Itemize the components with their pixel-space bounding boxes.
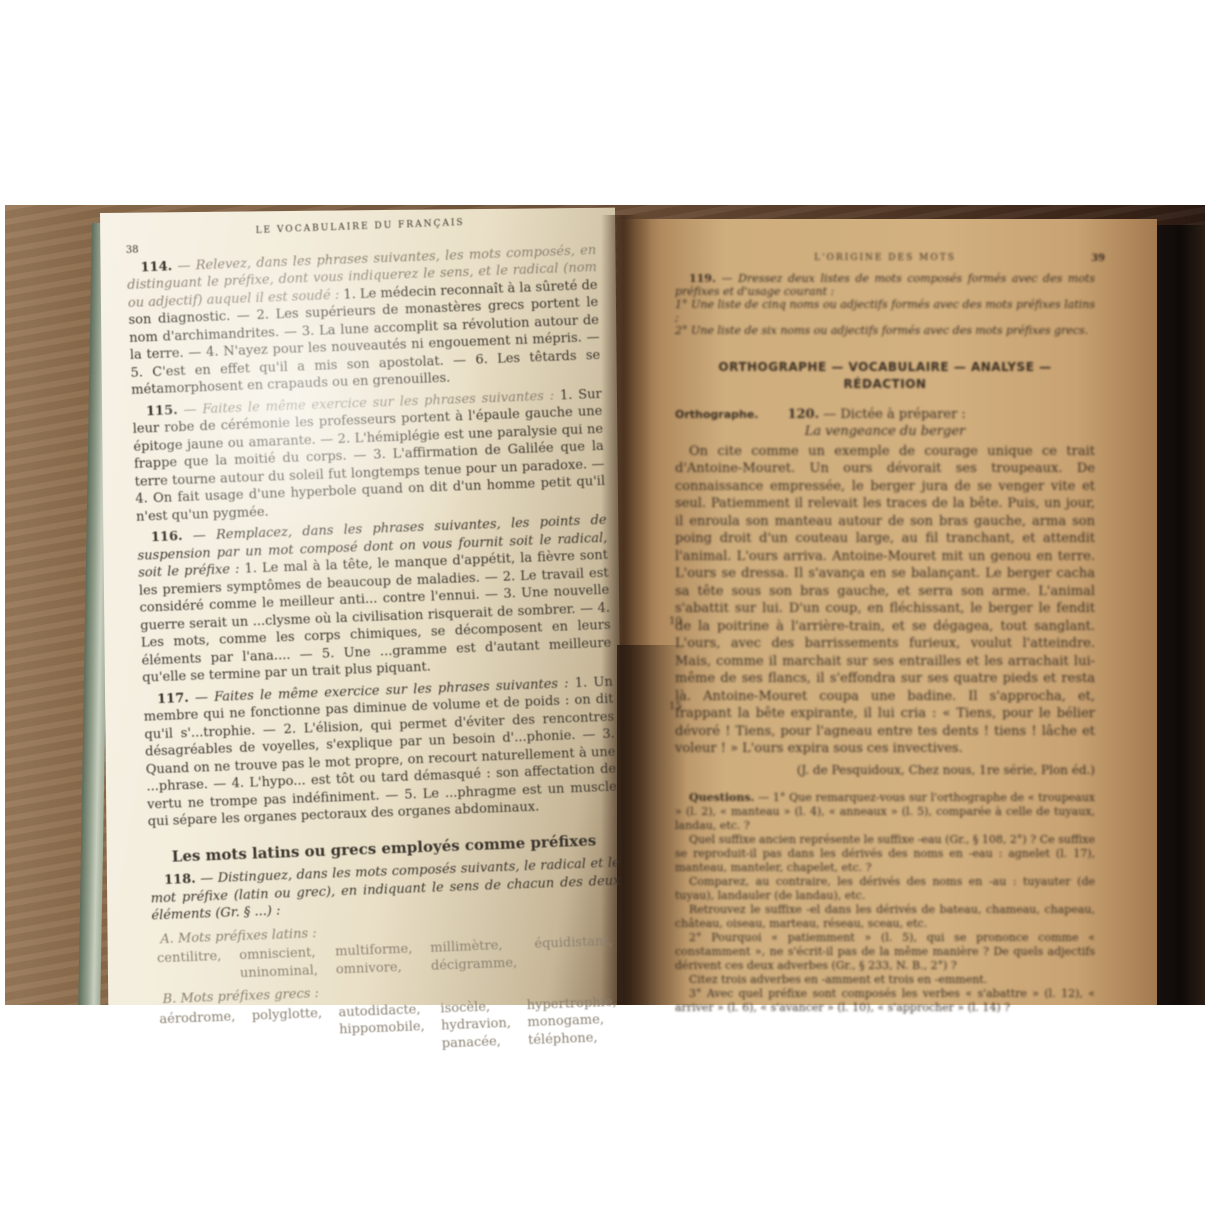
- left-page-number: 38: [126, 242, 139, 260]
- exercise-116: 116. — Remplacez, dans les phrases suiva…: [137, 512, 613, 687]
- right-running-head: L'origine des mots: [675, 250, 1095, 268]
- prefix-word: décigramme,: [431, 954, 528, 975]
- right-page-text: L'origine des mots 39 119. — Dressez deu…: [675, 250, 1095, 1015]
- prefix-word: [160, 1043, 245, 1064]
- prefix-word: uninominal,: [240, 961, 329, 982]
- exercise-115: 115. — Faites le même exercice sur les p…: [132, 385, 606, 525]
- prefix-word: téléphone,: [528, 1028, 627, 1049]
- questions-block: Questions. — 1° Que remarquez-vous sur l…: [675, 791, 1095, 1015]
- right-page-number: 39: [1091, 250, 1105, 268]
- exercise-117: 117. — Faites le même exercice sur les p…: [143, 673, 618, 831]
- dictee-header: Orthographe. 120. — Dictée à préparer :: [675, 406, 1095, 424]
- exercise-118: 118. — Distinguez, dans les mots composé…: [150, 854, 622, 925]
- exercise-119: 119. — Dressez deux listes de mots compo…: [675, 272, 1095, 337]
- line-marker-10: 10: [655, 613, 682, 631]
- prefix-word: omnivore,: [336, 958, 424, 979]
- dictee-title: La vengeance du berger: [675, 423, 1095, 441]
- dictee-source: (J. de Pesquidoux, Chez nous, 1re série,…: [675, 762, 1095, 780]
- prefix-word: panacée,: [442, 1032, 521, 1052]
- section-heading-orthographe: ORTHOGRAPHE — VOCABULAIRE — ANALYSE — RÉ…: [675, 359, 1095, 394]
- line-marker-15: 15: [655, 698, 682, 716]
- prefix-word: [339, 1035, 434, 1056]
- prefix-word: [535, 950, 624, 971]
- exercise-114: 114. — Relevez, dans les phrases suivant…: [126, 241, 601, 399]
- prefix-word: [253, 1039, 332, 1060]
- left-page-text: 38 Le vocabulaire du français 114. — Rel…: [125, 210, 627, 1063]
- dictee-text: On cite comme un exemple de courage uniq…: [675, 443, 1095, 758]
- prefix-word: [157, 965, 232, 985]
